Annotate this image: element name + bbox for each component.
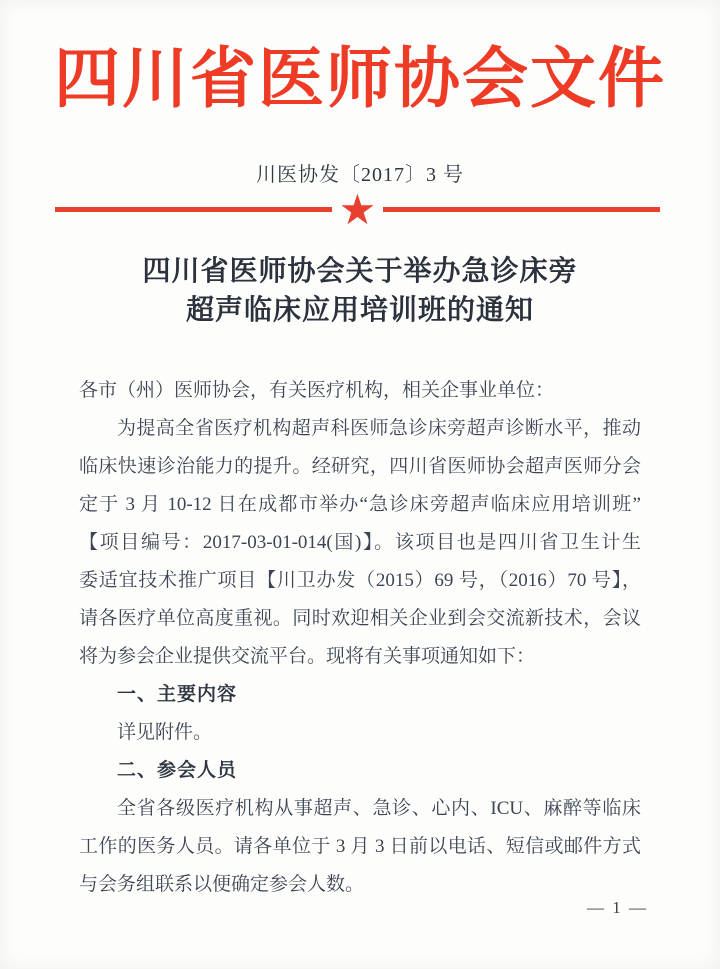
document-body: 各市（州）医师协会，有关医疗机构，相关企事业单位：为提高全省医疗机构超声科医师急… (79, 372, 641, 904)
body-line: 请各医疗单位高度重视。同时欢迎相关企业到会交流新技术，会议 (79, 600, 641, 638)
body-line: 委适宜技术推广项目【川卫办发（2015）69 号，（2016）70 号】， (79, 562, 641, 600)
divider-line-right (383, 207, 660, 212)
document-title-line2: 超声临床应用培训班的通知 (0, 291, 720, 330)
page-number: — 1 — (587, 898, 648, 918)
document-page: 四川省医师协会文件 川医协发〔2017〕3 号 ★ 四川省医师协会关于举办急诊床… (0, 0, 720, 969)
letterhead-title: 四川省医师协会文件 (0, 32, 720, 128)
red-divider: ★ (55, 196, 660, 222)
document-title-line1: 四川省医师协会关于举办急诊床旁 (0, 252, 720, 291)
body-line: 全省各级医疗机构从事超声、急诊、心内、ICU、麻醉等临床 (79, 790, 641, 828)
body-line: 工作的医务人员。请各单位于 3 月 3 日前以电话、短信或邮件方式 (79, 828, 641, 866)
body-line: 详见附件。 (79, 714, 641, 752)
body-line: 一、主要内容 (79, 676, 641, 714)
body-line: 二、参会人员 (79, 752, 641, 790)
body-line: 为提高全省医疗机构超声科医师急诊床旁超声诊断水平，推动 (79, 410, 641, 448)
body-line: 定于 3 月 10-12 日在成都市举办“急诊床旁超声临床应用培训班” (79, 486, 641, 524)
body-line: 【项目编号：2017-03-01-014(国)】。该项目也是四川省卫生计生 (79, 524, 641, 562)
document-title: 四川省医师协会关于举办急诊床旁 超声临床应用培训班的通知 (0, 252, 720, 330)
body-line: 临床快速诊治能力的提升。经研究，四川省医师协会超声医师分会 (79, 448, 641, 486)
divider-line-left (55, 207, 332, 212)
body-line: 与会务组联系以便确定参会人数。 (79, 866, 641, 904)
body-line: 将为参会企业提供交流平台。现将有关事项通知如下： (79, 638, 641, 676)
body-line: 各市（州）医师协会，有关医疗机构，相关企事业单位： (79, 372, 641, 410)
star-icon: ★ (339, 189, 377, 231)
